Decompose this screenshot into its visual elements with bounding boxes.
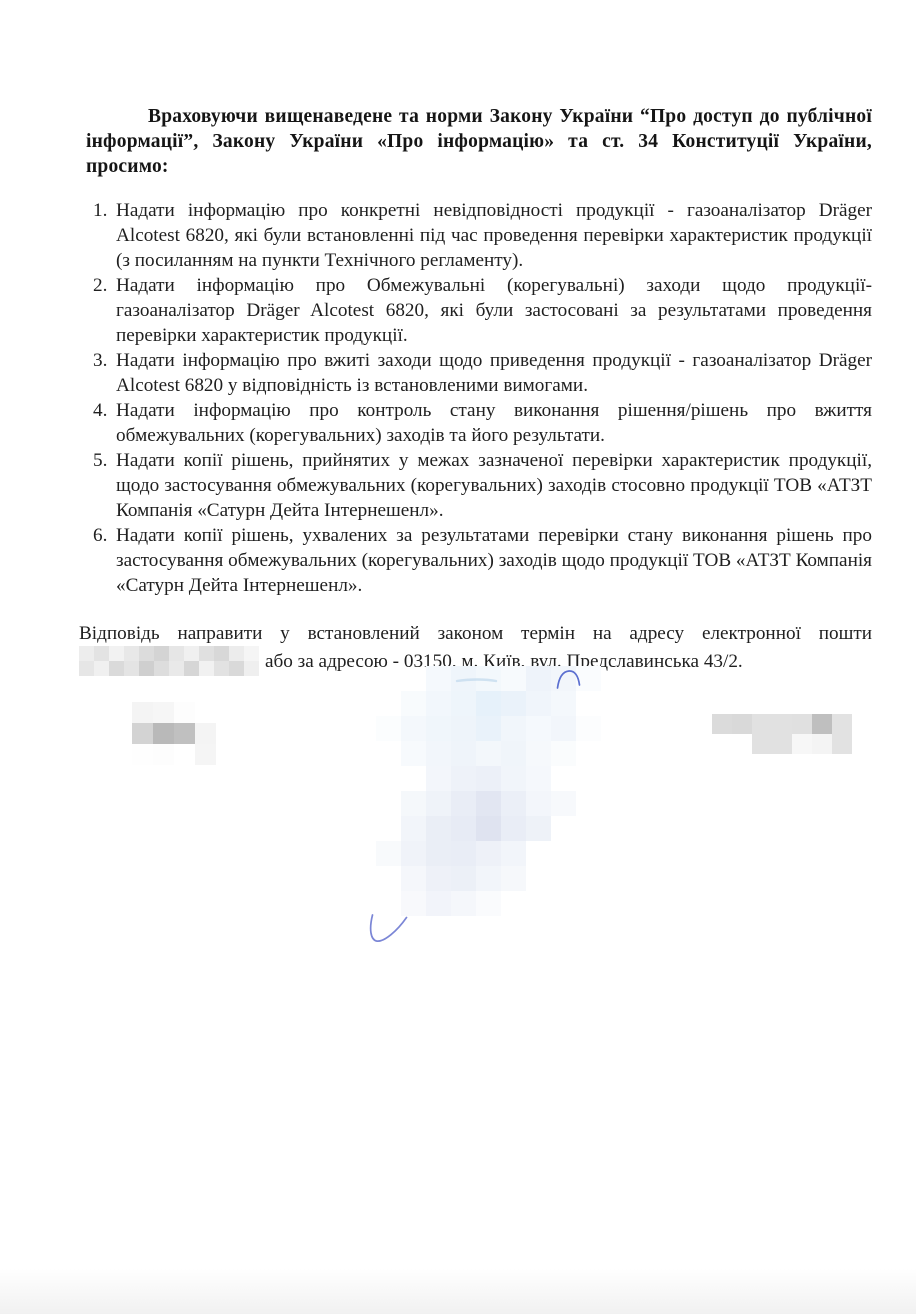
redaction-pixel <box>132 723 153 744</box>
request-item: 1.Надати інформацію про конкретні невідп… <box>93 198 872 273</box>
redaction-pixel <box>216 723 237 744</box>
redaction-pixel <box>79 646 94 661</box>
redaction-pixel <box>451 691 476 716</box>
redaction-pixel <box>195 744 216 765</box>
redaction-pixel <box>401 841 426 866</box>
redaction-pixel <box>376 716 401 741</box>
redaction-pixel <box>476 666 501 691</box>
redaction-pixel <box>476 766 501 791</box>
redaction-pixel <box>526 891 551 916</box>
redaction-pixel <box>184 646 199 661</box>
redaction-pixel <box>551 716 576 741</box>
redaction-pixel <box>139 646 154 661</box>
redaction-pixel <box>199 661 214 676</box>
document-body: Враховуючи вищенаведене та норми Закону … <box>90 104 872 676</box>
redaction-pixel <box>169 661 184 676</box>
redaction-pixel <box>551 691 576 716</box>
redaction-pixel <box>426 666 451 691</box>
redaction-pixel <box>501 791 526 816</box>
redaction-pixel <box>601 891 626 916</box>
redaction-pixel <box>216 744 237 765</box>
redaction-pixel <box>501 891 526 916</box>
redaction-pixel <box>195 723 216 744</box>
request-item-text: Надати копії рішень, прийнятих у межах з… <box>116 450 872 521</box>
redaction-pixel <box>451 791 476 816</box>
redaction-pixel <box>132 744 153 765</box>
redaction-pixel <box>551 841 576 866</box>
redaction-pixel <box>812 734 832 754</box>
request-item: 4.Надати інформацію про контроль стану в… <box>93 398 872 448</box>
redaction-pixel <box>752 734 772 754</box>
redaction-pixel <box>476 716 501 741</box>
request-item-number: 3. <box>93 348 107 373</box>
redaction-pixel <box>732 714 752 734</box>
request-item-text: Надати інформацію про Обмежувальні (коре… <box>116 275 872 346</box>
redaction-pixel <box>451 716 476 741</box>
redaction-pixel <box>199 646 214 661</box>
redaction-pixel <box>476 741 501 766</box>
redaction-pixel <box>94 646 109 661</box>
redaction-pixel <box>401 816 426 841</box>
redaction-pixel <box>426 841 451 866</box>
redaction-pixel <box>229 661 244 676</box>
redaction-pixel <box>154 646 169 661</box>
redaction-pixel <box>124 661 139 676</box>
request-item: 3.Надати інформацію про вжиті заходи щод… <box>93 348 872 398</box>
redaction-pixel <box>712 714 732 734</box>
request-item-number: 6. <box>93 523 107 548</box>
redaction-pixel <box>174 723 195 744</box>
redaction-pixel <box>376 791 401 816</box>
request-item-number: 2. <box>93 273 107 298</box>
redaction-pixel <box>79 661 94 676</box>
redaction-pixel <box>732 734 752 754</box>
redaction-pixel <box>772 714 792 734</box>
redaction-pixel <box>576 891 601 916</box>
redaction-pixel <box>832 714 852 734</box>
redaction-pixel <box>451 891 476 916</box>
redaction-pixel <box>551 741 576 766</box>
redaction-pixel <box>94 661 109 676</box>
redaction-pixel <box>476 691 501 716</box>
redaction-pixel <box>476 866 501 891</box>
redaction-pixel <box>216 702 237 723</box>
redaction-pixel <box>244 646 259 661</box>
redaction-pixel <box>792 734 812 754</box>
redaction-pixel <box>401 666 426 691</box>
redaction-pixel <box>376 666 401 691</box>
redaction-pixel <box>376 766 401 791</box>
redaction-pixel <box>401 691 426 716</box>
redaction-pixel <box>526 691 551 716</box>
request-list: 1.Надати інформацію про конкретні невідп… <box>93 198 872 598</box>
redaction-pixel <box>551 791 576 816</box>
redaction-pixel <box>376 741 401 766</box>
redaction-pixel <box>526 666 551 691</box>
redaction-pixel <box>601 716 626 741</box>
redaction-pixel <box>576 716 601 741</box>
redaction-pixel <box>601 841 626 866</box>
redaction-pixel <box>426 816 451 841</box>
redaction-pixel <box>551 816 576 841</box>
redaction-pixel <box>576 791 601 816</box>
redaction-pixel <box>476 791 501 816</box>
redaction-pixel <box>576 841 601 866</box>
redaction-pixel <box>153 723 174 744</box>
redaction-pixel <box>576 766 601 791</box>
redaction-pixel <box>526 816 551 841</box>
redaction-pixel <box>501 691 526 716</box>
redaction-pixel <box>139 661 154 676</box>
redaction-pixel <box>451 741 476 766</box>
redaction-pixel <box>601 816 626 841</box>
redaction-pixel <box>426 716 451 741</box>
redaction-pixel <box>401 791 426 816</box>
document-page: Враховуючи вищенаведене та норми Закону … <box>0 0 916 1314</box>
redaction-pixel <box>376 891 401 916</box>
redaction-pixel <box>451 666 476 691</box>
redaction-pixel <box>526 791 551 816</box>
redaction-pixel <box>426 866 451 891</box>
redaction-pixel <box>476 816 501 841</box>
redaction-pixel <box>451 816 476 841</box>
redaction-pixel <box>426 741 451 766</box>
request-item-number: 1. <box>93 198 107 223</box>
redaction-pixel <box>174 702 195 723</box>
redaction-pixel <box>526 766 551 791</box>
redaction-pixel <box>109 661 124 676</box>
redaction-pixel <box>501 666 526 691</box>
redacted-email-address <box>79 646 259 676</box>
request-item-text: Надати інформацію про вжиті заходи щодо … <box>116 350 872 396</box>
redaction-pixel <box>401 741 426 766</box>
request-item-number: 5. <box>93 448 107 473</box>
redaction-pixel <box>501 766 526 791</box>
redaction-pixel <box>501 841 526 866</box>
redaction-pixel <box>576 866 601 891</box>
redaction-pixel <box>501 866 526 891</box>
redaction-pixel <box>451 841 476 866</box>
redaction-pixel <box>792 714 812 734</box>
signature-bottom-arc <box>371 915 407 941</box>
redaction-pixel <box>214 646 229 661</box>
redaction-pixel <box>551 666 576 691</box>
redaction-pixel <box>124 646 139 661</box>
redaction-pixel <box>376 866 401 891</box>
redaction-pixel <box>244 661 259 676</box>
redaction-pixel <box>426 691 451 716</box>
request-item-number: 4. <box>93 398 107 423</box>
redaction-pixel <box>576 691 601 716</box>
redaction-pixel <box>501 816 526 841</box>
redaction-pixel <box>376 816 401 841</box>
redaction-pixel <box>501 716 526 741</box>
redaction-pixel <box>426 891 451 916</box>
redaction-pixel <box>551 766 576 791</box>
redaction-pixel <box>401 766 426 791</box>
redaction-pixel <box>195 702 216 723</box>
redaction-pixel <box>476 891 501 916</box>
redaction-pixel <box>174 744 195 765</box>
redaction-pixel <box>426 766 451 791</box>
redaction-pixel <box>601 691 626 716</box>
redaction-pixel <box>526 741 551 766</box>
redaction-pixel <box>832 734 852 754</box>
redaction-pixel <box>526 716 551 741</box>
redaction-pixel <box>772 734 792 754</box>
redaction-pixel <box>401 891 426 916</box>
request-item: 5.Надати копії рішень, прийнятих у межах… <box>93 448 872 523</box>
redaction-pixel <box>712 734 732 754</box>
redaction-pixel <box>576 741 601 766</box>
redaction-pixel <box>169 646 184 661</box>
redaction-pixel <box>601 766 626 791</box>
redacted-left-signature-blur <box>132 702 237 765</box>
redaction-pixel <box>153 702 174 723</box>
closing-line-1: Відповідь направити у встановлений закон… <box>79 621 872 646</box>
redaction-pixel <box>401 866 426 891</box>
redaction-pixel <box>501 741 526 766</box>
redaction-pixel <box>214 661 229 676</box>
redaction-pixel <box>376 691 401 716</box>
intro-paragraph: Враховуючи вищенаведене та норми Закону … <box>86 104 872 179</box>
redaction-pixel <box>109 646 124 661</box>
redaction-pixel <box>401 716 426 741</box>
request-item-text: Надати копії рішень, ухвалених за резуль… <box>116 525 872 596</box>
redaction-pixel <box>426 791 451 816</box>
redaction-pixel <box>526 866 551 891</box>
request-item-text: Надати інформацію про контроль стану вик… <box>116 400 872 446</box>
redaction-pixel <box>154 661 169 676</box>
redaction-pixel <box>812 714 832 734</box>
redaction-pixel <box>376 841 401 866</box>
redaction-pixel <box>576 666 601 691</box>
request-item: 2.Надати інформацію про Обмежувальні (ко… <box>93 273 872 348</box>
redaction-pixel <box>153 744 174 765</box>
redaction-pixel <box>184 661 199 676</box>
redaction-pixel <box>551 866 576 891</box>
redaction-pixel <box>576 816 601 841</box>
redaction-pixel <box>551 891 576 916</box>
request-item-text: Надати інформацію про конкретні невідпов… <box>116 200 872 271</box>
redacted-right-signature-blur <box>712 714 852 754</box>
redaction-pixel <box>601 791 626 816</box>
redaction-pixel <box>752 714 772 734</box>
redaction-pixel <box>476 841 501 866</box>
redaction-pixel <box>132 702 153 723</box>
request-item: 6.Надати копії рішень, ухвалених за резу… <box>93 523 872 598</box>
redaction-pixel <box>601 741 626 766</box>
redaction-pixel <box>229 646 244 661</box>
redaction-pixel <box>601 866 626 891</box>
redaction-pixel <box>601 666 626 691</box>
redaction-pixel <box>451 866 476 891</box>
redaction-pixel <box>526 841 551 866</box>
redaction-pixel <box>451 766 476 791</box>
redacted-center-signature-blur <box>376 666 626 916</box>
